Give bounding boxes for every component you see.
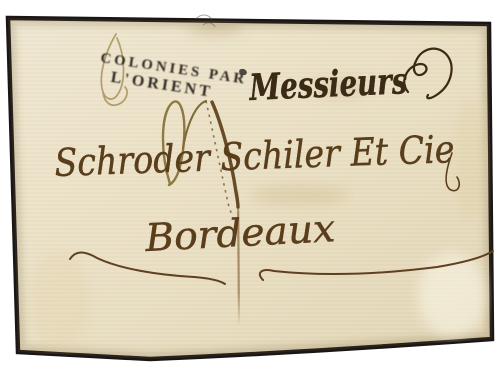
- letter-cover-graphic: COLONIES PAR L'ORIENT Messieurs Schroder…: [0, 0, 500, 375]
- stain: [30, 250, 90, 350]
- address-salutation: Messieurs: [247, 60, 408, 109]
- stain: [187, 21, 243, 35]
- stain: [250, 185, 350, 205]
- stain: [452, 100, 488, 220]
- paper-texture: [0, 0, 500, 375]
- letter-photo: COLONIES PAR L'ORIENT Messieurs Schroder…: [0, 0, 500, 375]
- fold-crease: [238, 190, 239, 324]
- light-patch: [418, 253, 486, 337]
